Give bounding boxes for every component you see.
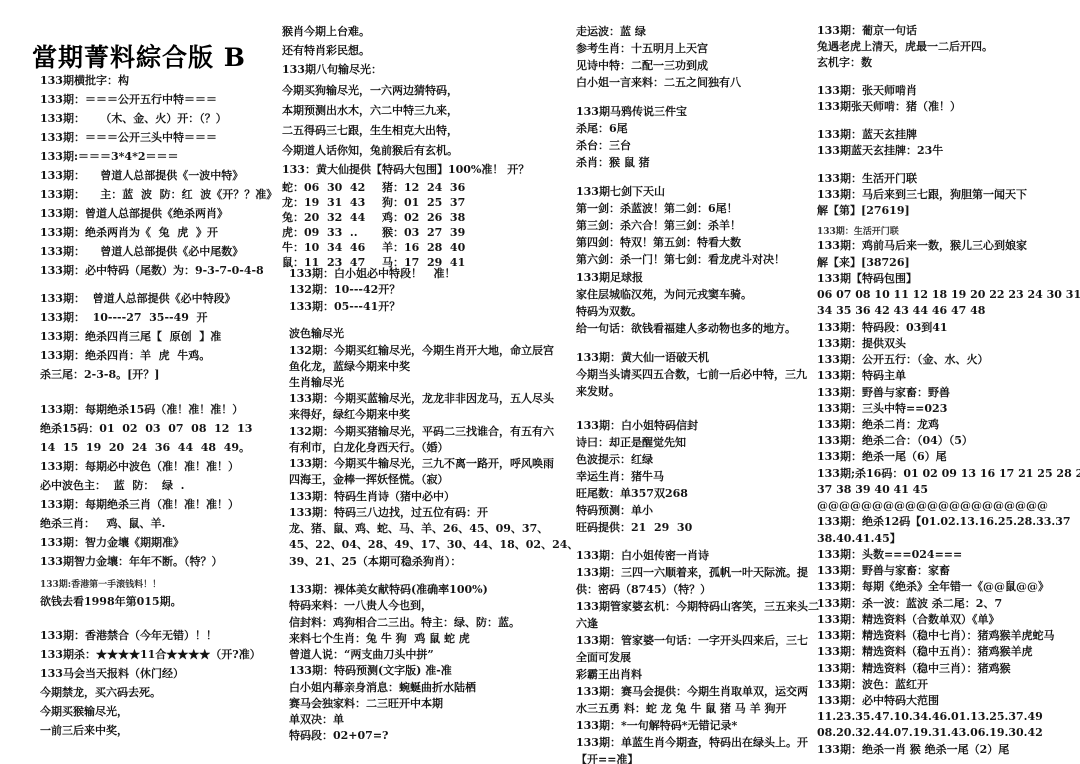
text-line: 来发财。 [576,385,620,399]
text-line: 来得好，绿红今期来中奖 [289,408,410,422]
zodiac-entry: 虎：09 33 .. [282,226,358,240]
text-line: 133期：特码预测(文字版) 准-准 [289,664,452,678]
text-line: 133期：每期必中波色（准！准！准！） [40,460,239,474]
text-line: 133期：特码段：03到41 [817,321,948,335]
text-line: 133期：赛马会提供：今期生肖取单双，运交两 [576,685,808,699]
text-line: 特码为双数。 [576,305,642,319]
text-line: 一前三后来中奖， [40,724,128,738]
text-line: 133期：绝杀四肖三尾【 原创 】准 [40,330,221,344]
text-line: 133期：绝杀两肖为《 兔 虎 》开 [40,226,218,240]
text-line: 特码段：02+07=? [289,729,389,743]
text-line: 133期： 曾道人总部提供《一波中特》 [40,169,243,183]
text-line: 信封料：鸡狗相合二三出。特主：绿、防：蓝。 [289,616,520,630]
text-line: 色波提示：红绿 [576,453,653,467]
text-line: 133期： （木、金、火）开：（？） [40,112,227,126]
text-line: 133期：单蓝生肖今期查，特码出在绿头上。开 [576,736,808,750]
text-line: 家住层城临汉苑，为问元戎窦车骑。 [576,288,752,302]
text-line: 还有特肖彩民想。 [282,44,370,58]
text-line: 133期：香港禁合（今年无错）！！ [40,629,217,643]
text-line: 133期杀：★★★★11合★★★★（开?准） [40,648,261,662]
zodiac-entry: 羊：16 28 40 [382,241,465,255]
text-line: 欲钱去看1998年第015期。 [40,595,182,609]
text-line: 45、22、04、28、49、17、30、44、18、02、24、 [289,538,578,552]
text-line: 必中波色主： 蓝 防： 绿 . [40,479,184,493]
text-line: 今期当头请买四五合数，七前一后必中特，三九 [576,368,807,382]
text-line: 132期：今期买红输尽光，今期生肖开大地，命立辰宫 [289,344,554,358]
text-line: 133期：野兽与家畜：家畜 [817,564,950,578]
text-line: 杀尾：6尾 [576,122,628,136]
text-line: 【开==准】 [576,753,638,764]
text-line: 133期：张天师啃肖 [817,84,917,98]
text-line: 39、21、25（本期可稳杀狗肖）： [289,555,461,569]
text-line: 四海王，金棒一挥妖怪慌。（寂） [289,473,449,487]
text-line: 绝杀三肖： 鸡、鼠、羊. [40,517,165,531]
text-line: 133期：每期绝杀三肖（准！准！准！） [40,498,239,512]
text-line: 133期智力金壤：年年不断。（特？） [40,555,222,569]
zodiac-entry: 牛：10 34 46 [282,241,365,255]
text-line: 见诗中特：二配一三功到成 [576,59,708,73]
text-line: 133期蓝天玄挂牌：23牛 [817,144,943,158]
text-line: 133期：鸡前马后来一数，猴儿三心到娘家 [817,239,1027,253]
text-line: 今期禁龙，买六码去死。 [40,686,161,700]
text-line: 133期：三头中特==023 [817,402,947,416]
text-line: 133期：黄大仙一语破天机 [576,351,709,365]
text-line: 诗曰：却正是醒觉先知 [576,436,686,450]
text-line: 133马会当天报料（休门经） [40,667,184,681]
text-line: 133期： 10----27 35--49 开 [40,311,208,325]
text-line: 133期：＝＝＝公开五行中特＝＝＝ [40,93,217,107]
text-line: 龙、猪、鼠、鸡、蛇、马、羊、26、45、09、37、 [289,522,548,536]
text-line: 133期：绝杀二合：（04）（5） [817,434,973,448]
text-line: 旺码提供：21 29 30 [576,521,692,535]
text-line: 第四剑：特双！第五剑：特看大数 [576,236,741,250]
text-line: 供：密码（8745）（特？） [576,583,711,597]
text-line: 全面可发展 [576,651,631,665]
text-line: 白小姐一言来料：二五之间独有八 [576,76,741,90]
text-line: 133期：蓝天玄挂牌 [817,128,917,142]
text-line: 参考生肖：十五明月上天宫 [576,42,708,56]
text-line: 水三五勇 料：蛇 龙 兔 牛 鼠 猪 马 羊 狗开 [576,702,786,716]
text-line: 第六剑：杀一门！第七剑：看龙虎斗对决！ [576,253,785,267]
text-line: 二五得码三七跟，生生相克大出特， [282,124,458,138]
text-line: 133期：必中特码（尾数）为：9-3-7-0-4-8 [40,264,264,278]
text-line: 133期【特码包围】 [817,272,917,286]
zodiac-entry: 龙：19 31 43 [282,196,365,210]
text-line: 彩霸王出肖料 [576,668,642,682]
text-line: 133期：精选资料（稳中三肖）：猪鸡猴 [817,662,1010,676]
text-line: 133期：*一句解特码*无错记录* [576,719,737,733]
text-line: 133期：葡京一句话 [817,24,917,38]
text-line: 本期预测出水木，六二中特三九来， [282,104,458,118]
text-line: 猴肖今期上台难。 [282,25,370,39]
text-line: 有利市，白龙化身西天行。（婚） [289,441,449,455]
text-line: 曾道人说：“两支曲刀头中拼” [289,648,434,662]
text-line: 133期： 曾道人总部提供《必中特段》 [40,292,236,306]
text-line: 133期：每期绝杀15码（准！准！准！） [40,403,243,417]
text-line: 133期：野兽与家畜：野兽 [817,386,950,400]
text-line: 133期:＝＝＝3*4*2＝＝＝ [40,150,179,164]
text-line: 133期七剑下天山 [576,185,665,199]
text-line: 杀三尾：2-3-8。[开？] [40,368,160,382]
text-line: 133期：头数===024=== [817,548,962,562]
text-line: 14 15 19 20 24 36 44 48 49。 [40,441,250,455]
text-line: 133期：白小姐特码信封 [576,419,698,433]
text-line: 133期：智力金壤《期期准》 [40,536,184,550]
text-line: 133期：特码生肖诗（猪中必中） [289,490,455,504]
text-line: 133期:香港第一手滚钱料！！ [40,578,161,592]
text-line: 六逢 [576,617,598,631]
text-line: 特码预测：单小 [576,504,653,518]
text-line: 第一剑：杀蓝波！第二剑：6尾！ [576,202,738,216]
text-line: 幸运生肖：猪牛马 [576,470,664,484]
text-line: 133期;杀16码：01 02 09 13 16 17 21 25 28 29 … [817,467,1080,481]
text-line: 133期：公开五行：（金、水、火） [817,353,988,367]
text-line: 133期：每期《绝杀》全年错一《@@鼠@@》 [817,580,1049,594]
text-line: 兔遇老虎上清天，虎最一二后开四。 [817,40,993,54]
text-line: 132期：10---42开？ [289,283,400,297]
text-line: 133期：杀一波：蓝波 杀二尾：2、7 [817,597,1002,611]
text-line: 白小姐内幕亲身消息：蜿蜒曲折水陆栖 [289,681,476,695]
text-line: 133期横批字：构 [40,74,129,88]
text-line: 给一句话：欲钱看福建人多动物也多的地方。 [576,322,796,336]
text-line: 波色输尽光 [289,327,344,341]
text-line: 133期：绝杀四肖：羊 虎 牛鸡。 [40,349,210,363]
text-line: 杀台：三台 [576,139,631,153]
text-line: 38.40.41.45】 [817,532,901,546]
text-line: 133期：绝杀二肖：龙鸡 [817,418,939,432]
text-line: 133：黄大仙提供【特码大包围】100%准！ 开？ [282,163,529,177]
text-line: 单双决：单 [289,713,344,727]
text-line: 11.23.35.47.10.34.46.01.13.25.37.49 [817,710,1043,724]
text-line: 133期：提供双头 [817,337,906,351]
text-line: 133期张天师啃：猪（准！） [817,100,961,114]
text-line: 鱼化龙，蓝绿今期来中奖 [289,360,410,374]
text-line: 06 07 08 10 11 12 18 19 20 22 23 24 30 3… [817,288,1080,302]
text-line: 133期：＝＝＝公开三头中特＝＝＝ [40,131,217,145]
text-line: 133期：白小姐必中特段！ 准！ [289,267,455,281]
text-line: 赛马会独家料：二三旺开中本期 [289,697,443,711]
text-line: 133期：生活开门联 [817,225,899,239]
text-line: 133期：05---41开？ [289,300,400,314]
text-line: 旺尾数：单357双268 [576,487,688,501]
text-line: 133期：绝杀一尾（6）尾 [817,450,947,464]
text-line: 走运波：蓝 绿 [576,25,646,39]
text-line: 玄机字：数 [817,56,872,70]
text-line: 133期：特码三八边找，过五位有码：开 [289,506,488,520]
text-line: 133期： 曾道人总部提供《必中尾数》 [40,245,243,259]
zodiac-entry: 蛇：06 30 42 [282,181,365,195]
text-line: 今期道人话你知，兔前猴后有玄机。 [282,144,458,158]
zodiac-entry: 猴：03 27 39 [382,226,465,240]
text-line: 133期：特码主单 [817,369,906,383]
text-line: 133期：精选资料（稳中五肖）：猪鸡猴羊虎 [817,645,1032,659]
text-line: 133期：绝杀一肖 猴 绝杀一尾（2）尾 [817,743,1009,757]
text-line: 133期：管家婆一句话：一字开头四来后，三七 [576,634,808,648]
text-line: 133期：今期买蓝输尽光，龙龙非非因龙马，五人尽头 [289,392,554,406]
text-line: 绝杀15码：01 02 03 07 08 12 13 [40,422,252,436]
text-line: @@@@@@@@@@@@@@@@@@@@@ [817,499,1048,513]
page-title: 當期菁料綜合版 B [32,38,246,74]
text-line: 133期八句输尽光： [282,63,382,77]
text-line: 解【来】[38726] [817,256,910,270]
text-line: 133期：精选资料（稳中七肖）：猪鸡猴羊虎蛇马 [817,629,1054,643]
text-line: 第三剑：杀六合！第三剑：杀羊！ [576,219,741,233]
text-line: 133期管家婆玄机：今期特码山客笑，三五来头二 [576,600,819,614]
text-line: 133期：裸体美女献特码(准确率100%) [289,583,488,597]
text-line: 133期： 主：蓝 波 防：红 波《开？？准》 [40,188,277,202]
text-line: 杀肖：猴 鼠 猪 [576,156,650,170]
zodiac-entry: 鸡：02 26 38 [382,211,465,225]
text-line: 今期买狗输尽光，一六两边猜特码， [282,84,458,98]
text-line: 今期买猴输尽光， [40,705,128,719]
text-line: 133期足球报 [576,271,643,285]
zodiac-entry: 猪：12 24 36 [382,181,465,195]
text-line: 133期马鸦传说三件宝 [576,105,687,119]
text-line: 特码来料：一八贵人今也到， [289,599,432,613]
text-line: 133期：必中特码大范围 [817,694,939,708]
text-line: 08.20.32.44.07.19.31.43.06.19.30.42 [817,726,1043,740]
text-line: 133期：三四一六顺着来，孤帆一叶天际流。提 [576,566,808,580]
text-line: 37 38 39 40 41 45 [817,483,928,497]
text-line: 34 35 36 42 43 44 46 47 48 [817,304,985,318]
text-line: 133期：精选资料（合数单双）《单》 [817,613,999,627]
text-line: 133期：波色：蓝红开 [817,678,928,692]
text-line: 133期：生活开门联 [817,172,917,186]
zodiac-entry: 兔：20 32 44 [282,211,365,225]
text-line: 133期：曾道人总部提供《绝杀两肖》 [40,207,228,221]
text-line: 133期：绝杀12码【01.02.13.16.25.28.33.37 [817,515,1071,529]
text-line: 133期：白小姐传密一肖诗 [576,549,709,563]
text-line: 生肖输尽光 [289,376,344,390]
text-line: 133期：马后来到三七跟，狗胆第一闻天下 [817,188,1027,202]
zodiac-entry: 狗：01 25 37 [382,196,465,210]
text-line: 132期：今期买猪输尽光，平码二三找谁合，有五有六 [289,425,554,439]
text-line: 133期：今期买牛输尽光，三九不离一路开，呼风唤雨 [289,457,554,471]
text-line: 解【第】[27619] [817,204,910,218]
text-line: 来料七个生肖：兔 牛 狗 鸡 鼠 蛇 虎 [289,632,470,646]
